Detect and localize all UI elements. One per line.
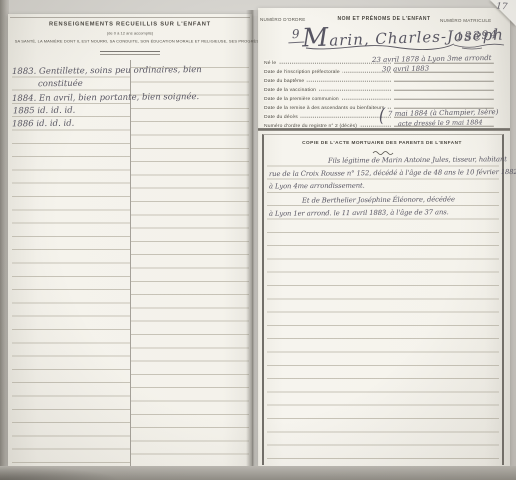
entry-1884: 1884. En avril, bien portante, bien soig… bbox=[12, 92, 199, 104]
matricule-value: 13394 bbox=[456, 28, 499, 43]
register-scan: RENSEIGNEMENTS RECUEILLIS SUR L'ENFANT (… bbox=[0, 0, 516, 480]
left-page-description: SA SANTÉ, LA MANIÈRE DONT IL EST NOURRI,… bbox=[15, 39, 246, 43]
mortuary-act-box: COPIE DE L'ACTE MORTUAIRE DES PARENTS DE… bbox=[262, 134, 504, 465]
left-page: RENSEIGNEMENTS RECUEILLIS SUR L'ENFANT (… bbox=[8, 14, 252, 466]
field-label: Date de la première communion bbox=[264, 96, 341, 102]
photo-edge-bottom bbox=[0, 466, 516, 480]
value-rule bbox=[394, 90, 494, 91]
left-page-title: RENSEIGNEMENTS RECUEILLIS SUR L'ENFANT bbox=[0, 21, 260, 27]
field-label: Né le bbox=[264, 60, 279, 66]
book-spine bbox=[246, 10, 260, 466]
entry-1883: 1883. Gentillette, soins peu ordinaires,… bbox=[12, 65, 202, 77]
grouping-brace: ( bbox=[379, 104, 385, 127]
act-line: Fils légitime de Marin Antoine Jules, ti… bbox=[328, 155, 507, 165]
field-label: Date du décès bbox=[264, 114, 300, 120]
act-line: à Lyon 1er arrond. le 11 avril 1883, à l… bbox=[269, 208, 449, 218]
field-label: Date de la vaccination bbox=[264, 87, 319, 93]
column-divider bbox=[130, 60, 131, 466]
name-underline-flourish bbox=[304, 40, 456, 52]
field-row-communion: Date de la première communion bbox=[264, 93, 501, 102]
left-page-subtitle: (de 0 à 12 ans accomplis) bbox=[18, 31, 243, 36]
field-row-vaccination: Date de la vaccination bbox=[264, 84, 501, 93]
field-label: Date de la remise à des ascendants ou bi… bbox=[264, 105, 387, 111]
ruled-lines-right-column bbox=[131, 64, 249, 464]
mortuary-act-title: COPIE DE L'ACTE MORTUAIRE DES PARENTS DE… bbox=[265, 140, 500, 145]
entry-1886: 1886 id. id. id. bbox=[12, 119, 74, 130]
ornamental-rule bbox=[100, 51, 160, 55]
act-line: Et de Berthelier Joséphine Éléonore, déc… bbox=[302, 195, 455, 204]
page-top-rule bbox=[10, 17, 250, 18]
folio-number: 17 bbox=[496, 2, 508, 13]
field-label: Date de l'inscription préfectorale bbox=[264, 69, 342, 75]
value-rule bbox=[394, 99, 494, 100]
act-line: à Lyon 4me arrondissement. bbox=[269, 182, 365, 191]
registre-value: acte dressé le 9 mai 1884 bbox=[398, 118, 483, 127]
field-label: Date du baptême bbox=[264, 78, 307, 84]
inscription-value: 30 avril 1883 bbox=[382, 64, 429, 73]
section-divider-rule bbox=[258, 128, 510, 131]
right-page: NUMÉRO D'ORDRE NOM ET PRÉNOMS DE L'ENFAN… bbox=[258, 8, 510, 466]
entry-1885: 1885 id. id. id. bbox=[13, 106, 75, 117]
value-rule bbox=[394, 81, 494, 82]
matricule-underline-flourish bbox=[452, 42, 506, 50]
entry-1883-continued: constituée bbox=[38, 79, 83, 89]
field-row-bapteme: Date du baptême bbox=[264, 75, 501, 84]
